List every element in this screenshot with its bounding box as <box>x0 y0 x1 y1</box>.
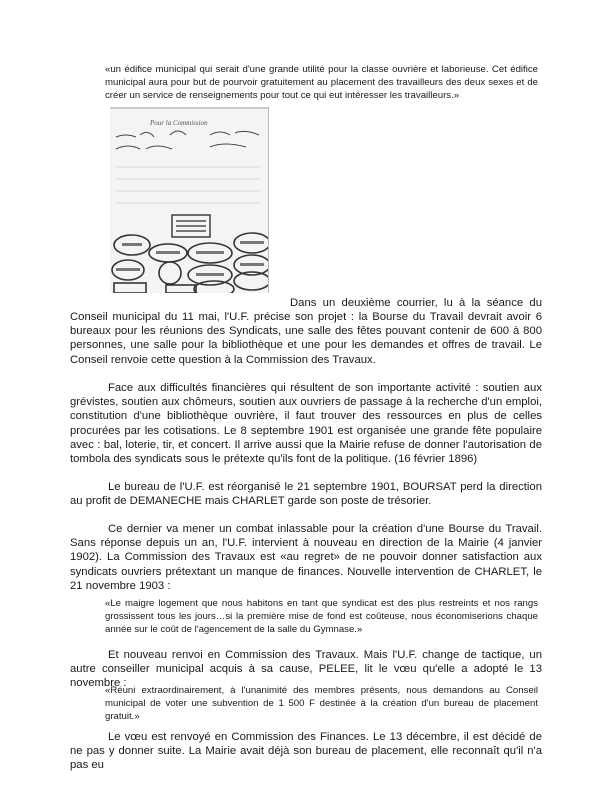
block-quote-3: «Réuni extraordinairement, à l'unanimité… <box>105 684 538 724</box>
block-quote-1: «un édifice municipal qui serait d'une g… <box>105 63 538 103</box>
letter-with-stamps-illustration: Pour la Commission <box>110 107 268 293</box>
paragraph-2: Face aux difficultés financières qui rés… <box>70 381 542 466</box>
paragraph-3: Le bureau de l'U.F. est réorganisé le 21… <box>70 480 542 508</box>
block-quote-2: «Le maigre logement que nous habitons en… <box>105 597 538 637</box>
document-page: «un édifice municipal qui serait d'une g… <box>0 0 600 800</box>
letter-scan-image: Pour la Commission <box>110 107 269 293</box>
paragraph-1: Conseil municipal du 11 mai, l'U.F. préc… <box>70 310 542 367</box>
paragraph-6: Le vœu est renvoyé en Commission des Fin… <box>70 730 542 773</box>
paragraph-1-first-line: Dans un deuxième courrier, lu à la séanc… <box>290 296 542 310</box>
paragraph-4: Ce dernier va mener un combat inlassable… <box>70 522 542 593</box>
svg-text:Pour la Commission: Pour la Commission <box>149 119 208 127</box>
